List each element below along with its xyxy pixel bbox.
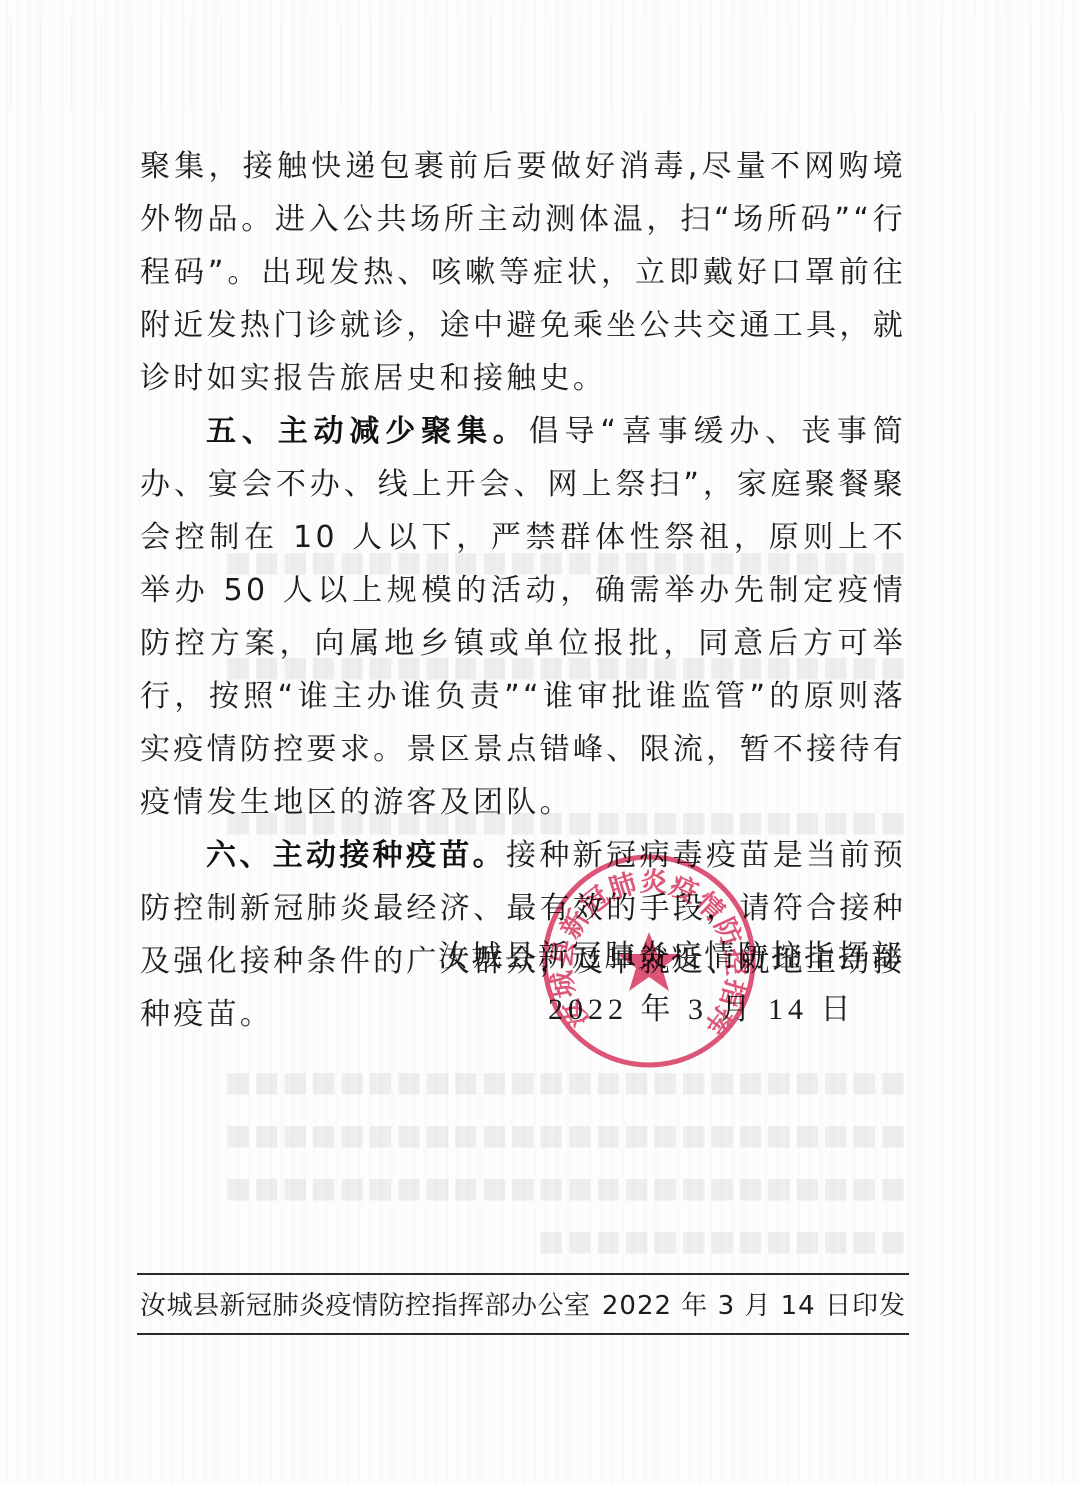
document-body: 聚集，接触快递包裹前后要做好消毒,尽量不网购境外物品。进入公共场所主动测体温，扫… xyxy=(140,140,906,1041)
section-heading: 五、主动减少聚集。 xyxy=(206,414,529,449)
issue-date: 2022 年 3 月 14 日印发 xyxy=(602,1286,906,1326)
document-page: ■■■■■■■■■■■■■■■■■■■■■■■■ ■■■■■■■■■■■■■■■… xyxy=(0,0,1080,1485)
bleed-through-text: ■■■■■■■■■■■■■■■■■■■■■■■■ xyxy=(140,1161,906,1214)
star-icon xyxy=(617,932,681,991)
bleed-through-text: ■■■■■■■■■■■■■■■■■■■■■■■■ xyxy=(140,1108,906,1161)
footer-bottom-rule xyxy=(137,1333,909,1335)
paragraph-text: 倡导“喜事缓办、丧事简办、宴会不办、线上开会、网上祭扫”，家庭聚餐聚会控制在 1… xyxy=(140,414,906,820)
footer-top-rule xyxy=(137,1273,909,1275)
section-heading: 六、主动接种疫苗。 xyxy=(206,838,506,873)
bleed-through-text: ■■■■■■■■■■■■■■■■■■■■■■■■ xyxy=(140,1055,906,1108)
bleed-through-text: ■■■■■■■■■■■■■ xyxy=(140,1214,906,1267)
issuing-office: 汝城县新冠肺炎疫情防控指挥部办公室 xyxy=(140,1286,591,1326)
paragraph-text: 聚集，接触快递包裹前后要做好消毒,尽量不网购境外物品。进入公共场所主动测体温，扫… xyxy=(140,149,906,396)
issuance-footer: 汝城县新冠肺炎疫情防控指挥部办公室 2022 年 3 月 14 日印发 xyxy=(140,1286,906,1326)
scan-artifact xyxy=(10,20,1070,110)
paragraph-continuation: 聚集，接触快递包裹前后要做好消毒,尽量不网购境外物品。进入公共场所主动测体温，扫… xyxy=(140,140,906,405)
paragraph-reduce-gatherings: 五、主动减少聚集。倡导“喜事缓办、丧事简办、宴会不办、线上开会、网上祭扫”，家庭… xyxy=(140,405,906,829)
official-seal-icon: 汝城县新冠肺炎疫情防控指挥部 xyxy=(538,850,760,1072)
